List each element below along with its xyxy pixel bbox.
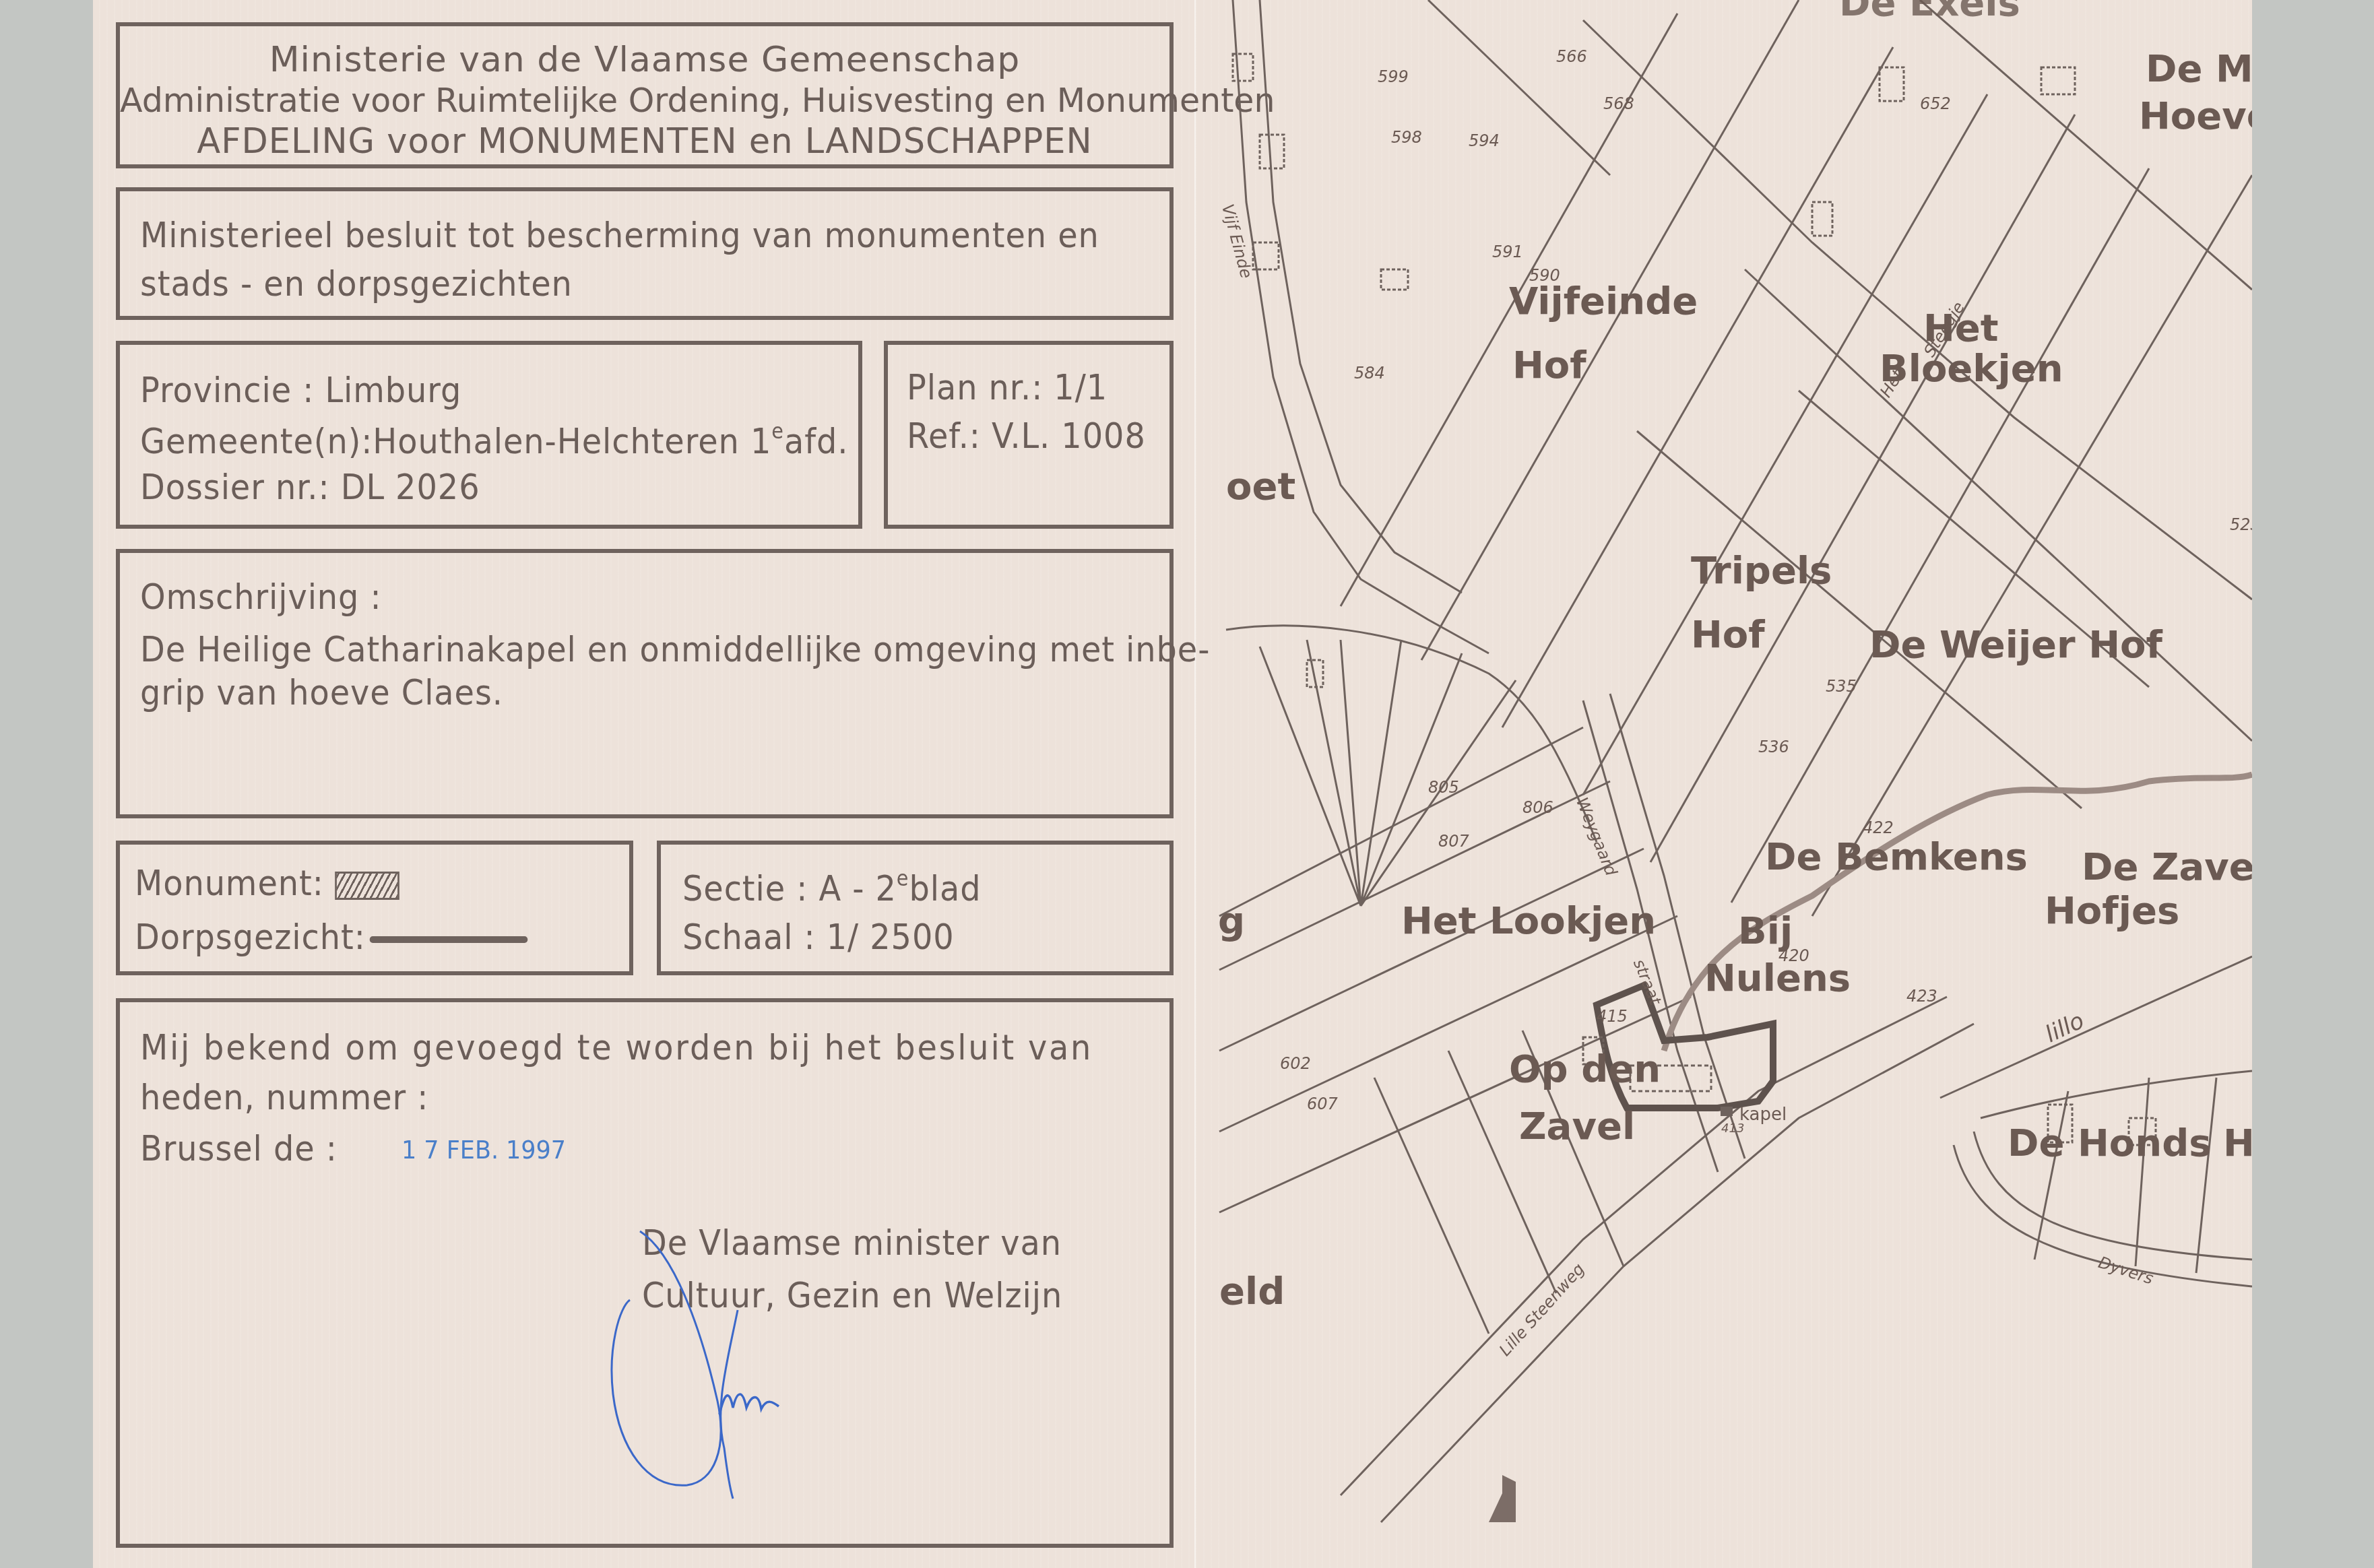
- map-label-eld: eld: [1219, 1270, 1285, 1313]
- map-label-de-exels: De Exels: [1839, 0, 2020, 25]
- description-box: Omschrijving : De Heilige Catharinakapel…: [116, 549, 1174, 818]
- section-row: Sectie : A - 2eblad: [682, 869, 981, 907]
- map-label-bloekjen: Bloekjen: [1880, 347, 2063, 391]
- municipality-label: Gemeente(n):: [140, 422, 373, 462]
- minister-signature: [600, 1226, 923, 1509]
- map-label-hof-1: Hof: [1512, 344, 1586, 387]
- decision-line-1: Ministerieel besluit tot bescherming van…: [140, 218, 1099, 253]
- attestation-line-2: heden, nummer :: [140, 1080, 428, 1115]
- map-label-vijfeinde: Vijfeinde: [1509, 280, 1698, 323]
- parcel-568: 568: [1603, 94, 1634, 113]
- province-label: Provincie :: [140, 370, 314, 411]
- administration-name: Administratie voor Ruimtelijke Ordening,…: [120, 84, 1169, 117]
- parcel-591: 591: [1492, 242, 1523, 261]
- ref-label: Ref.:: [907, 416, 981, 457]
- municipality-suffix: afd.: [784, 422, 848, 462]
- chapel-symbol: [1721, 1107, 1733, 1116]
- parcel-423: 423: [1906, 987, 1937, 1006]
- plan-label: Plan nr.:: [907, 368, 1043, 408]
- map-label-de-honds: De Honds: [2008, 1121, 2212, 1165]
- section-label: Sectie : A - 2: [682, 869, 897, 909]
- parcel-535: 535: [1826, 677, 1857, 696]
- dossier-row: Dossier nr.: DL 2026: [140, 470, 480, 505]
- map-label-h: H: [2223, 1121, 2252, 1165]
- map-label-oet: oet: [1226, 465, 1295, 509]
- parcel-415: 415: [1597, 1007, 1628, 1026]
- village-view-label: Dorpsgezicht:: [135, 917, 366, 958]
- parcel-599: 599: [1378, 67, 1409, 86]
- map-label-de-weijer-hof: De Weijer Hof: [1869, 623, 2162, 667]
- province-value: Limburg: [325, 370, 461, 411]
- parcel-536: 536: [1758, 738, 1789, 756]
- dossier-label: Dossier nr.:: [140, 467, 330, 508]
- parcel-523: 523: [2230, 515, 2252, 534]
- parcel-598: 598: [1391, 128, 1422, 147]
- municipality-row: Gemeente(n):Houthalen-Helchteren 1eafd.: [140, 422, 848, 459]
- municipality-value: Houthalen-Helchteren 1: [373, 422, 771, 462]
- map-label-hofjes: Hofjes: [2045, 889, 2179, 933]
- map-label-op-den: Op den: [1509, 1047, 1661, 1091]
- decision-box: Ministerieel besluit tot bescherming van…: [116, 187, 1174, 320]
- department-name: AFDELING voor MONUMENTEN en LANDSCHAPPEN: [120, 125, 1169, 159]
- parcel-594: 594: [1469, 131, 1500, 150]
- legend-village-view: Dorpsgezicht:: [135, 920, 527, 955]
- map-label-zavel: Zavel: [1519, 1105, 1635, 1148]
- parcel-840: 602: [1280, 1054, 1311, 1073]
- monument-hatch-symbol: [335, 872, 399, 900]
- ministry-name: Ministerie van de Vlaamse Gemeenschap: [120, 42, 1169, 77]
- parcel-584: 584: [1354, 364, 1385, 383]
- map-label-nulens: Nulens: [1704, 956, 1851, 1000]
- description-label: Omschrijving :: [140, 580, 382, 615]
- map-label-de-me: De Me: [2146, 47, 2252, 91]
- place-label: Brussel de :: [140, 1132, 338, 1167]
- parcel-839: 607: [1307, 1095, 1338, 1113]
- ref-value: V.L. 1008: [992, 416, 1146, 457]
- parcel-420: 420: [1778, 946, 1809, 965]
- legend-box: Monument: Dorpsgezicht:: [116, 841, 633, 975]
- map-label-hof-2: Hof: [1691, 613, 1765, 657]
- fold-line: [1194, 0, 1196, 1568]
- description-line-1: De Heilige Catharinakapel en onmiddellij…: [140, 632, 1210, 667]
- section-box: Sectie : A - 2eblad Schaal : 1/ 2500: [657, 841, 1174, 975]
- description-line-2: grip van hoeve Claes.: [140, 676, 503, 711]
- monument-label: Monument:: [135, 863, 324, 904]
- chapel-label: kapel: [1739, 1105, 1787, 1125]
- legend-monument: Monument:: [135, 866, 399, 901]
- plan-box: Plan nr.: 1/1 Ref.: V.L. 1008: [884, 341, 1174, 529]
- ref-row: Ref.: V.L. 1008: [907, 419, 1146, 454]
- parcel-803: 806: [1522, 798, 1553, 817]
- date-stamp: 1 7 FEB. 1997: [402, 1137, 566, 1163]
- dossier-value: DL 2026: [341, 467, 480, 508]
- plan-row: Plan nr.: 1/1: [907, 370, 1108, 405]
- section-sup: e: [897, 867, 909, 891]
- attestation-line-1: Mij bekend om gevoegd te worden bij het …: [140, 1031, 1093, 1066]
- plan-value: 1/1: [1054, 368, 1108, 408]
- map-lines: [1206, 0, 2252, 1568]
- map-label-g: g: [1218, 899, 1245, 943]
- parcel-652: 652: [1920, 94, 1951, 113]
- map-label-de-zavel: De Zavel: [2082, 845, 2252, 889]
- header-box: Ministerie van de Vlaamse Gemeenschap Ad…: [116, 22, 1174, 168]
- location-box: Provincie : Limburg Gemeente(n):Houthale…: [116, 341, 862, 529]
- parcel-590: 590: [1529, 266, 1560, 285]
- map-label-hoeve: Hoeve: [2139, 94, 2252, 138]
- cadastral-map: De Exels De Me Hoeve Vijfeinde Hof Het B…: [1206, 0, 2252, 1568]
- scale-row: Schaal : 1/ 2500: [682, 920, 955, 955]
- parcel-800: 807: [1438, 832, 1469, 851]
- map-label-de-bemkens: De Bemkens: [1765, 835, 2028, 879]
- municipality-sup: e: [771, 420, 784, 444]
- village-view-line-symbol: [369, 936, 527, 943]
- section-suffix: blad: [909, 869, 981, 909]
- decision-line-2: stads - en dorpsgezichten: [140, 267, 573, 302]
- province-row: Provincie : Limburg: [140, 373, 461, 408]
- map-label-het-lookjen: Het Lookjen: [1401, 899, 1656, 943]
- chapel-parcel: 413: [1721, 1121, 1744, 1136]
- map-label-tripels: Tripels: [1691, 549, 1832, 593]
- parcel-566: 566: [1556, 47, 1587, 66]
- parcel-802: 805: [1428, 778, 1459, 797]
- parcel-422: 422: [1863, 818, 1894, 837]
